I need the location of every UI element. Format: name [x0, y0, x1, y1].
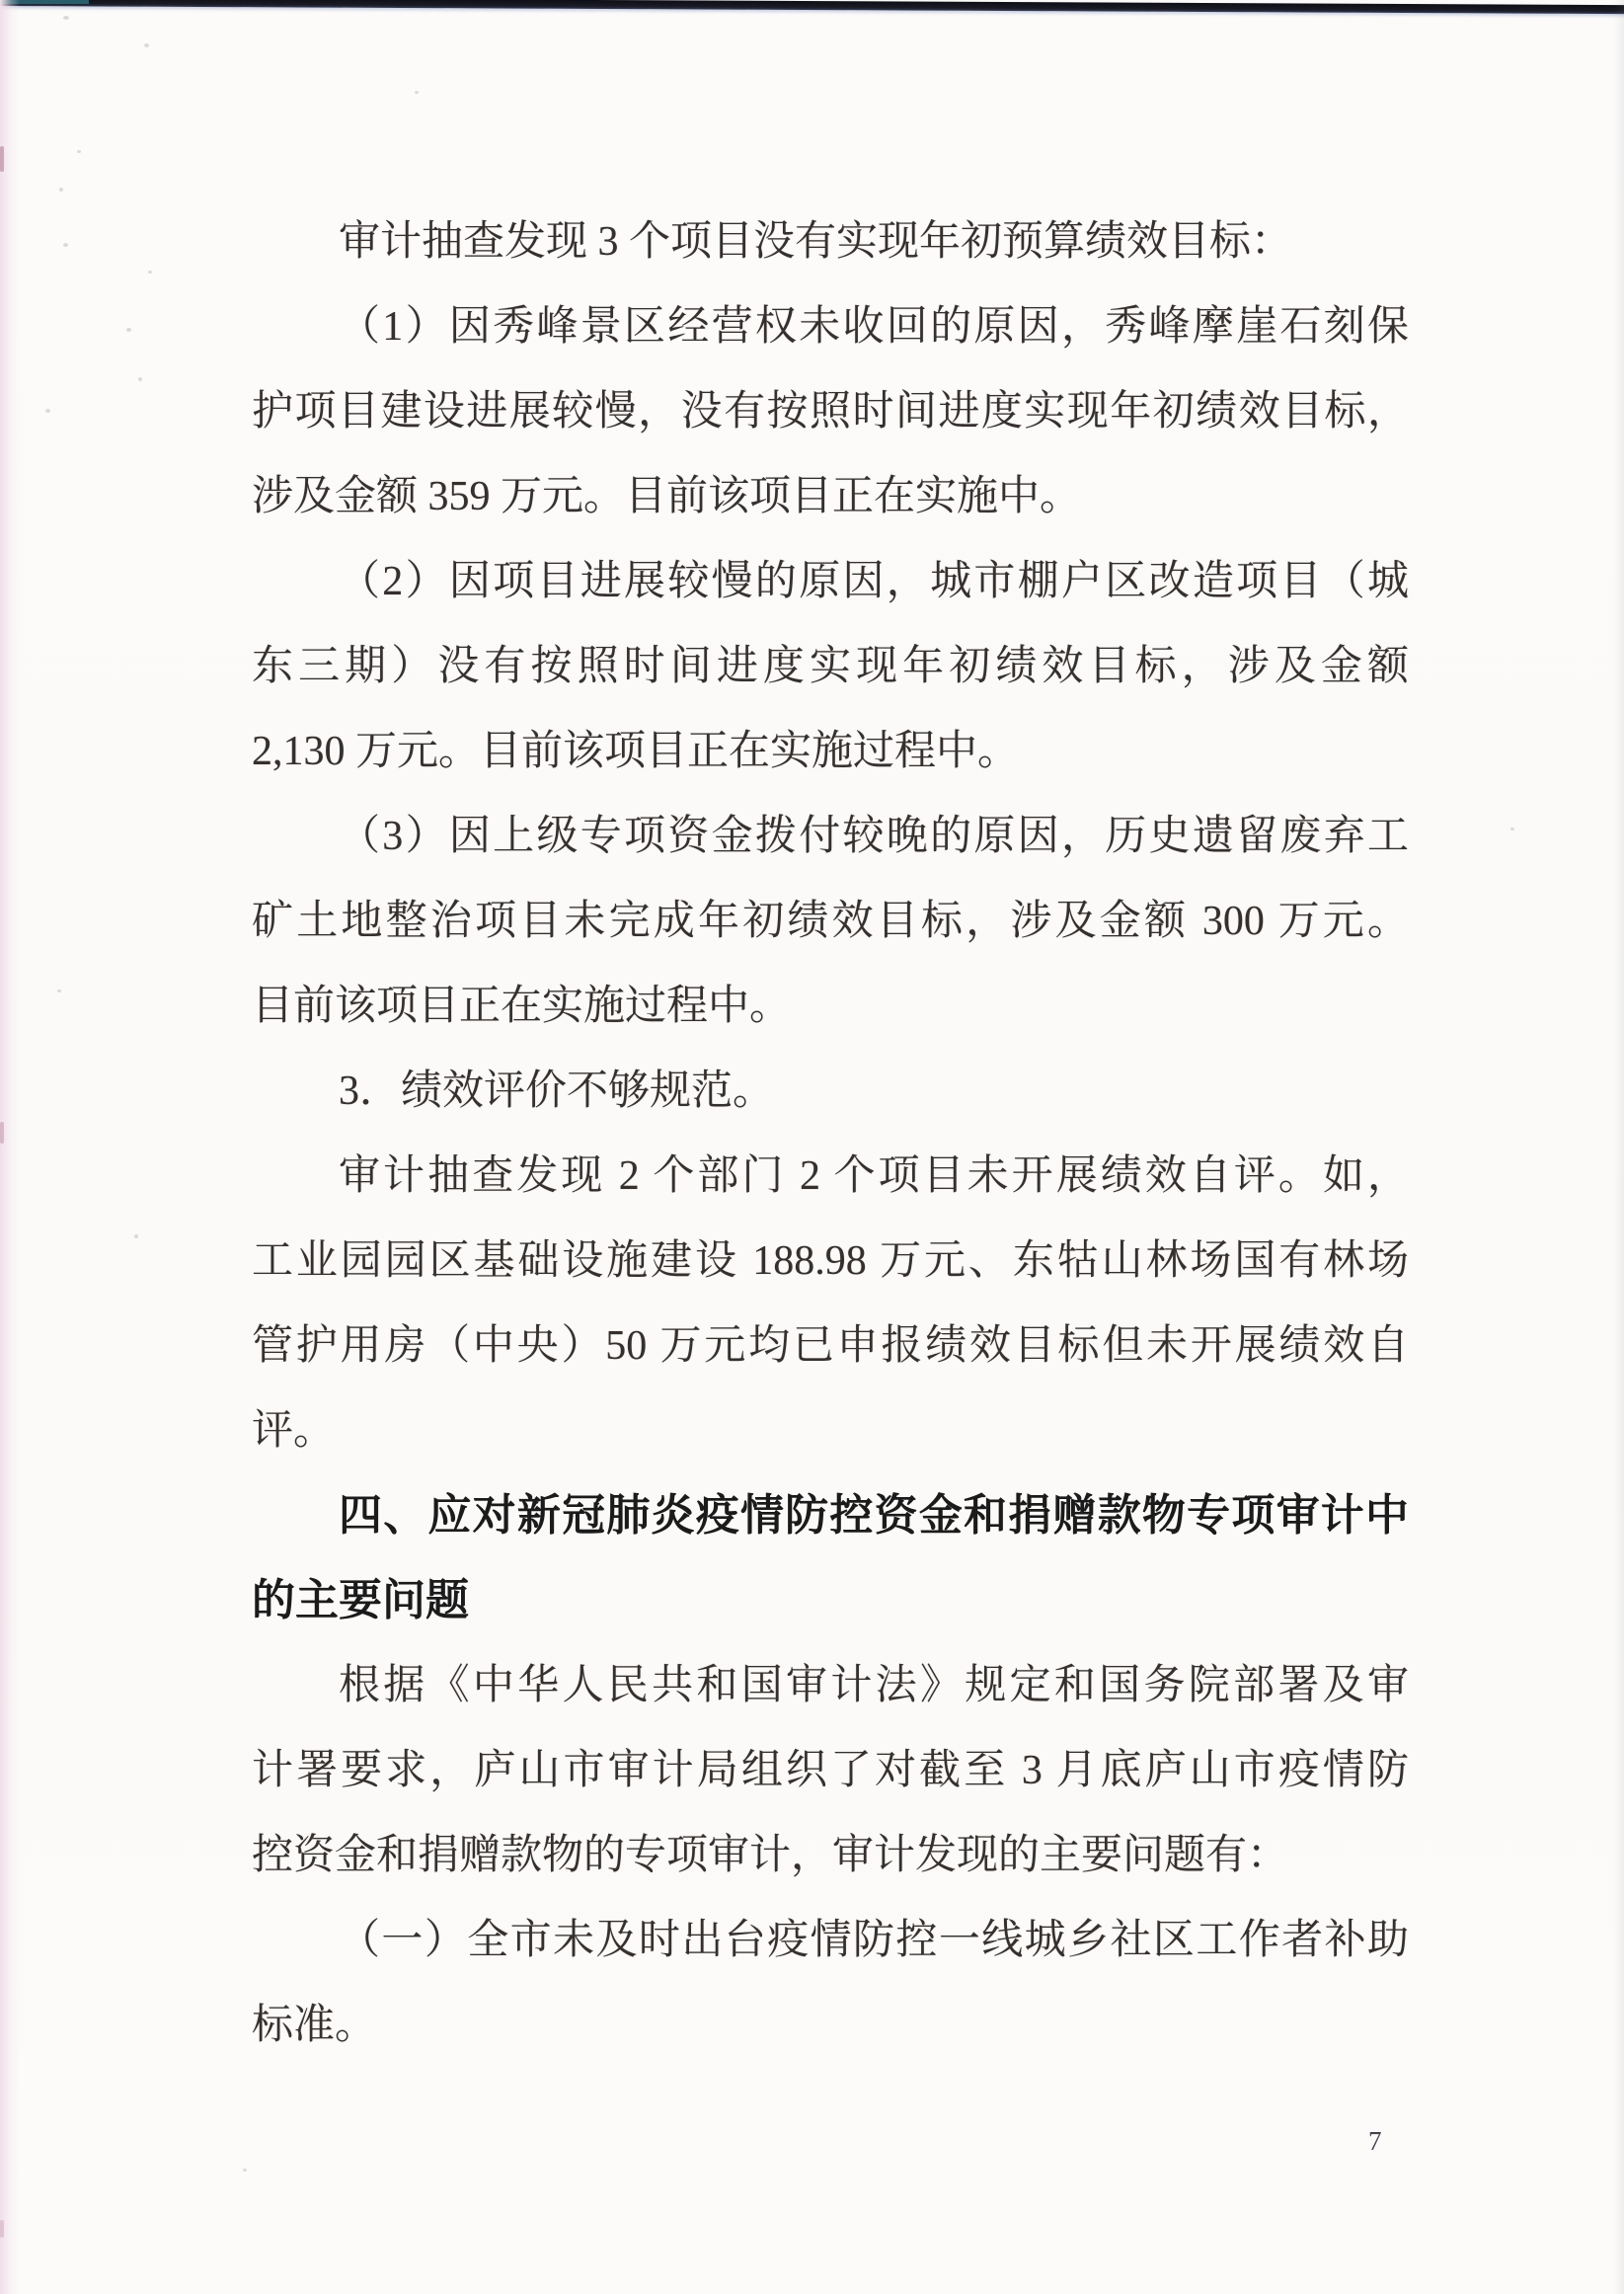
scan-edge-mark — [0, 146, 4, 172]
dust-speck — [126, 328, 131, 332]
dust-speck — [57, 989, 61, 992]
section-heading-line: 的主要问题 — [252, 1558, 1409, 1643]
dust-speck — [63, 243, 68, 247]
dust-speck — [134, 1234, 138, 1238]
paragraph-line: （3）因上级专项资金拨付较晚的原因，历史遗留废弃工 — [252, 794, 1409, 879]
dust-speck — [243, 2169, 247, 2172]
scan-edge-mark — [0, 2220, 4, 2238]
dust-speck — [77, 150, 81, 153]
paragraph-line: （2）因项目进展较慢的原因，城市棚户区改造项目（城 — [252, 539, 1409, 624]
dust-speck — [63, 16, 69, 20]
paragraph-line: 根据《中华人民共和国审计法》规定和国务院部署及审 — [252, 1643, 1409, 1728]
scan-top-edge-artifact — [0, 0, 1624, 14]
paragraph-line: 管护用房（中央）50 万元均已申报绩效目标但未开展绩效自 — [252, 1304, 1409, 1388]
paragraph-line: 计署要求，庐山市审计局组织了对截至 3 月底庐山市疫情防 — [252, 1728, 1409, 1813]
paragraph-line: 标准。 — [252, 1983, 1409, 2068]
paragraph-line: 审计抽查发现 2 个部门 2 个项目未开展绩效自评。如， — [252, 1134, 1409, 1219]
page-number: 7 — [1368, 2111, 1428, 2171]
paragraph-line: 涉及金额 359 万元。目前该项目正在实施中。 — [252, 454, 1409, 539]
scan-right-edge-shade — [1614, 0, 1624, 2294]
paragraph-line: 东三期）没有按照时间进度实现年初绩效目标，涉及金额 — [252, 624, 1409, 709]
paragraph-line: 矿土地整治项目未完成年初绩效目标，涉及金额 300 万元。 — [252, 879, 1409, 964]
dust-speck — [415, 91, 419, 94]
dust-speck — [148, 271, 152, 274]
dust-speck — [144, 43, 149, 47]
scanned-document-page: 审计抽查发现 3 个项目没有实现年初预算绩效目标： （1）因秀峰景区经营权未收回… — [0, 0, 1624, 2294]
paragraph-line: （1）因秀峰景区经营权未收回的原因，秀峰摩崖石刻保 — [252, 284, 1409, 369]
document-body: 审计抽查发现 3 个项目没有实现年初预算绩效目标： （1）因秀峰景区经营权未收回… — [252, 199, 1409, 2068]
scan-left-edge-tint — [0, 0, 20, 2294]
scan-edge-mark — [0, 1122, 4, 1144]
dust-speck — [59, 188, 63, 192]
paragraph-line: （一）全市未及时出台疫情防控一线城乡社区工作者补助 — [252, 1898, 1409, 1983]
dust-speck — [45, 409, 50, 413]
paragraph-line: 目前该项目正在实施过程中。 — [252, 964, 1409, 1049]
section-heading-line: 四、应对新冠肺炎疫情防控资金和捐赠款物专项审计中 — [252, 1473, 1409, 1558]
paragraph-line: 工业园园区基础设施建设 188.98 万元、东牯山林场国有林场 — [252, 1219, 1409, 1304]
paragraph-line: 审计抽查发现 3 个项目没有实现年初预算绩效目标： — [252, 199, 1409, 284]
dust-speck — [1510, 828, 1514, 831]
paragraph-line: 护项目建设进展较慢，没有按照时间进度实现年初绩效目标， — [252, 369, 1409, 454]
paragraph-line: 控资金和捐赠款物的专项审计，审计发现的主要问题有： — [252, 1813, 1409, 1898]
dust-speck — [138, 377, 142, 381]
paragraph-line: 评。 — [252, 1388, 1409, 1473]
paragraph-line: 2,130 万元。目前该项目正在实施过程中。 — [252, 709, 1409, 794]
paragraph-line: 3．绩效评价不够规范。 — [252, 1049, 1409, 1134]
